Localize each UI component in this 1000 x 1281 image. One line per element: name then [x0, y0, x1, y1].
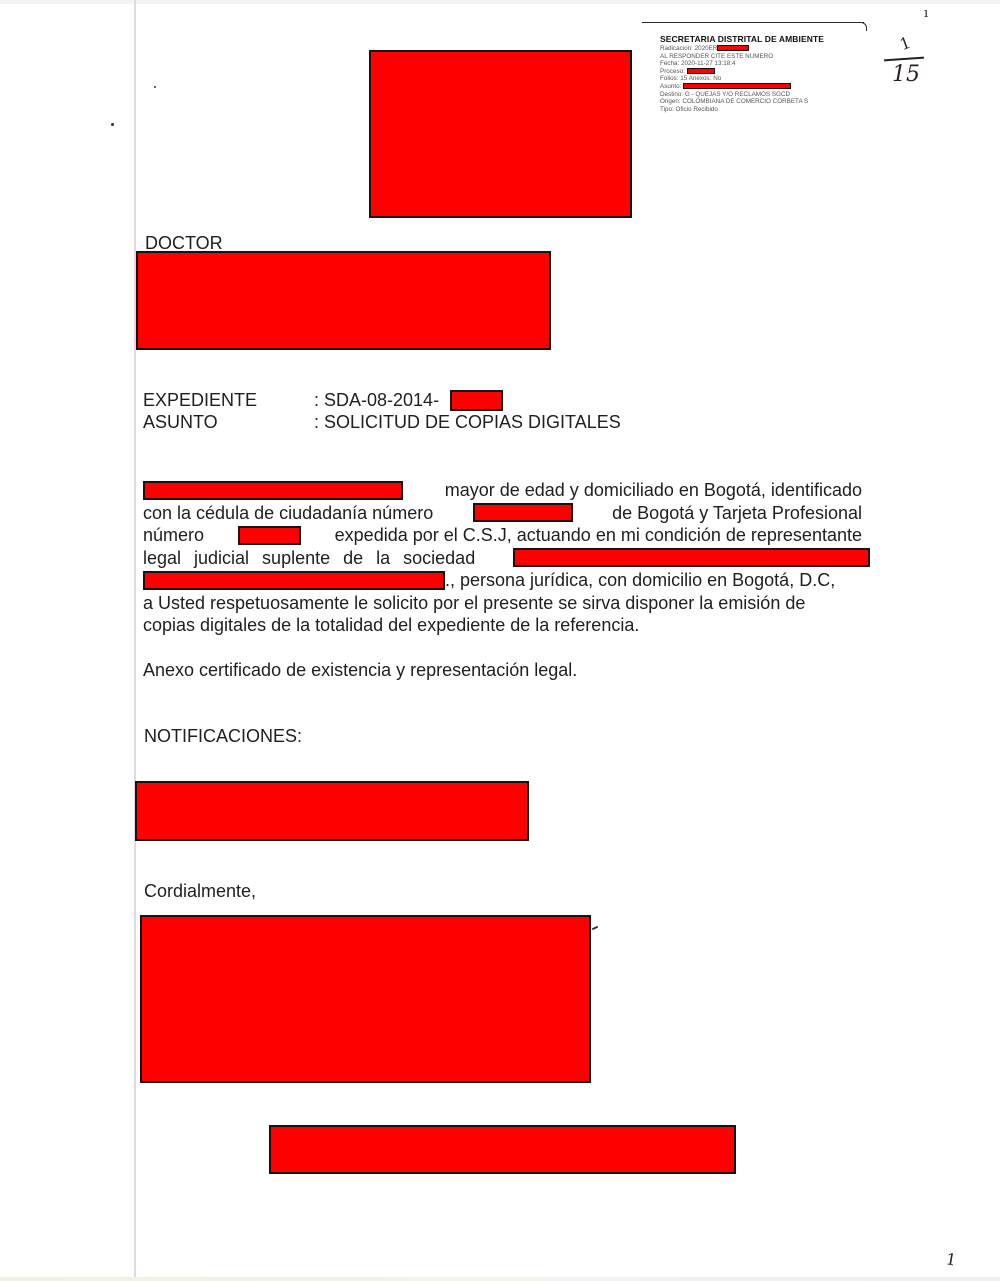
- notifications-label: NOTIFICACIONES:: [144, 725, 302, 747]
- stamp-border-line: [642, 22, 864, 23]
- handwritten-page-number: 1: [944, 1249, 957, 1269]
- expediente-value: : SDA-08-2014-: [314, 389, 439, 411]
- scan-margin-line: [134, 0, 136, 1281]
- body-paragraph: mayor de edad y domiciliado en Bogotá, i…: [143, 479, 862, 637]
- redacted-signer-name: [143, 481, 403, 500]
- redacted-professional-card: [238, 526, 301, 545]
- body-text: expedida por el C.S.J, actuando en mi co…: [335, 524, 862, 547]
- stamp-radicacion-label: Radicacion: 2020ER: [660, 45, 717, 52]
- body-text: con la cédula de ciudadanía número: [143, 502, 433, 525]
- body-text: a Usted respetuosamente le solicito por …: [143, 592, 805, 615]
- body-line-1: mayor de edad y domiciliado en Bogotá, i…: [143, 479, 862, 502]
- body-text: legal judicial suplente de la sociedad: [143, 547, 475, 570]
- body-line-5: ., persona jurídica, con domicilio en Bo…: [143, 569, 862, 592]
- signature-stroke: [592, 926, 598, 930]
- body-text: ., persona jurídica, con domicilio en Bo…: [445, 569, 835, 592]
- handwritten-fraction-bar: [884, 57, 924, 62]
- redacted-company-name-cont: [143, 571, 445, 590]
- handwritten-folio-numerator: 1: [897, 33, 913, 54]
- body-line-2: con la cédula de ciudadanía número de Bo…: [143, 502, 862, 525]
- stamp-folios: Folios: 15 Anexos: No: [660, 75, 870, 83]
- asunto-label: ASUNTO: [143, 411, 218, 433]
- stamp-proceso-label: Proceso:: [660, 68, 685, 75]
- scan-edge-top: [0, 0, 1000, 4]
- body-line-6: a Usted respetuosamente le solicito por …: [143, 592, 862, 615]
- redacted-company-name: [513, 548, 870, 567]
- body-text: número: [143, 524, 204, 547]
- stamp-destino: Destino: G - QUEJAS Y/O RECLAMOS SGCD: [660, 91, 870, 99]
- scan-edge-bottom: [0, 1277, 1000, 1281]
- redacted-asunto: [683, 83, 791, 89]
- body-text: de Bogotá y Tarjeta Profesional: [612, 502, 862, 525]
- handwritten-mark: ı: [924, 6, 928, 21]
- closing: Cordialmente,: [144, 880, 256, 902]
- scan-speck: [154, 86, 156, 88]
- redacted-footer: [269, 1125, 736, 1174]
- redacted-recipient: [136, 251, 551, 350]
- body-line-3: número expedida por el C.S.J, actuando e…: [143, 524, 862, 547]
- body-text: copias digitales de la totalidad del exp…: [143, 614, 639, 637]
- stamp-title: SECRETARIA DISTRITAL DE AMBIENTE: [660, 34, 870, 44]
- redacted-signature: [140, 915, 591, 1083]
- body-line-7: copias digitales de la totalidad del exp…: [143, 614, 862, 637]
- expediente-label: EXPEDIENTE: [143, 389, 257, 411]
- stamp-asunto-label: Asunto:: [660, 83, 681, 90]
- redacted-letterhead: [369, 50, 632, 218]
- stamp-border-corner: [860, 22, 867, 31]
- redacted-proceso: [687, 68, 715, 74]
- redacted-expediente-number: [450, 390, 503, 411]
- redacted-notification-address: [135, 781, 529, 841]
- handwritten-folio-denominator: 15: [892, 62, 920, 87]
- annex-note: Anexo certificado de existencia y repres…: [143, 659, 577, 681]
- body-line-4: legal judicial suplente de la sociedad: [143, 547, 862, 570]
- scan-speck: [111, 123, 114, 126]
- stamp-cite-note: AL RESPONDER CITE ESTE NUMERO: [660, 53, 870, 61]
- asunto-value: : SOLICITUD DE COPIAS DIGITALES: [314, 411, 621, 433]
- redacted-radicacion-number: [717, 45, 749, 51]
- filing-stamp: SECRETARIA DISTRITAL DE AMBIENTE Radicac…: [660, 34, 870, 113]
- stamp-fecha: Fecha: 2020-11-27 13:18:4: [660, 60, 870, 68]
- stamp-origen: Origen: COLOMBIANA DE COMERCIO CORBETA S: [660, 98, 870, 106]
- stamp-asunto: Asunto:: [660, 83, 870, 91]
- redacted-id-number: [473, 503, 573, 522]
- stamp-proceso: Proceso:: [660, 68, 870, 76]
- body-text: mayor de edad y domiciliado en Bogotá, i…: [445, 479, 862, 502]
- stamp-radicacion: Radicacion: 2020ER: [660, 45, 870, 53]
- stamp-tipo: Tipo: Oficio Recibido: [660, 106, 870, 114]
